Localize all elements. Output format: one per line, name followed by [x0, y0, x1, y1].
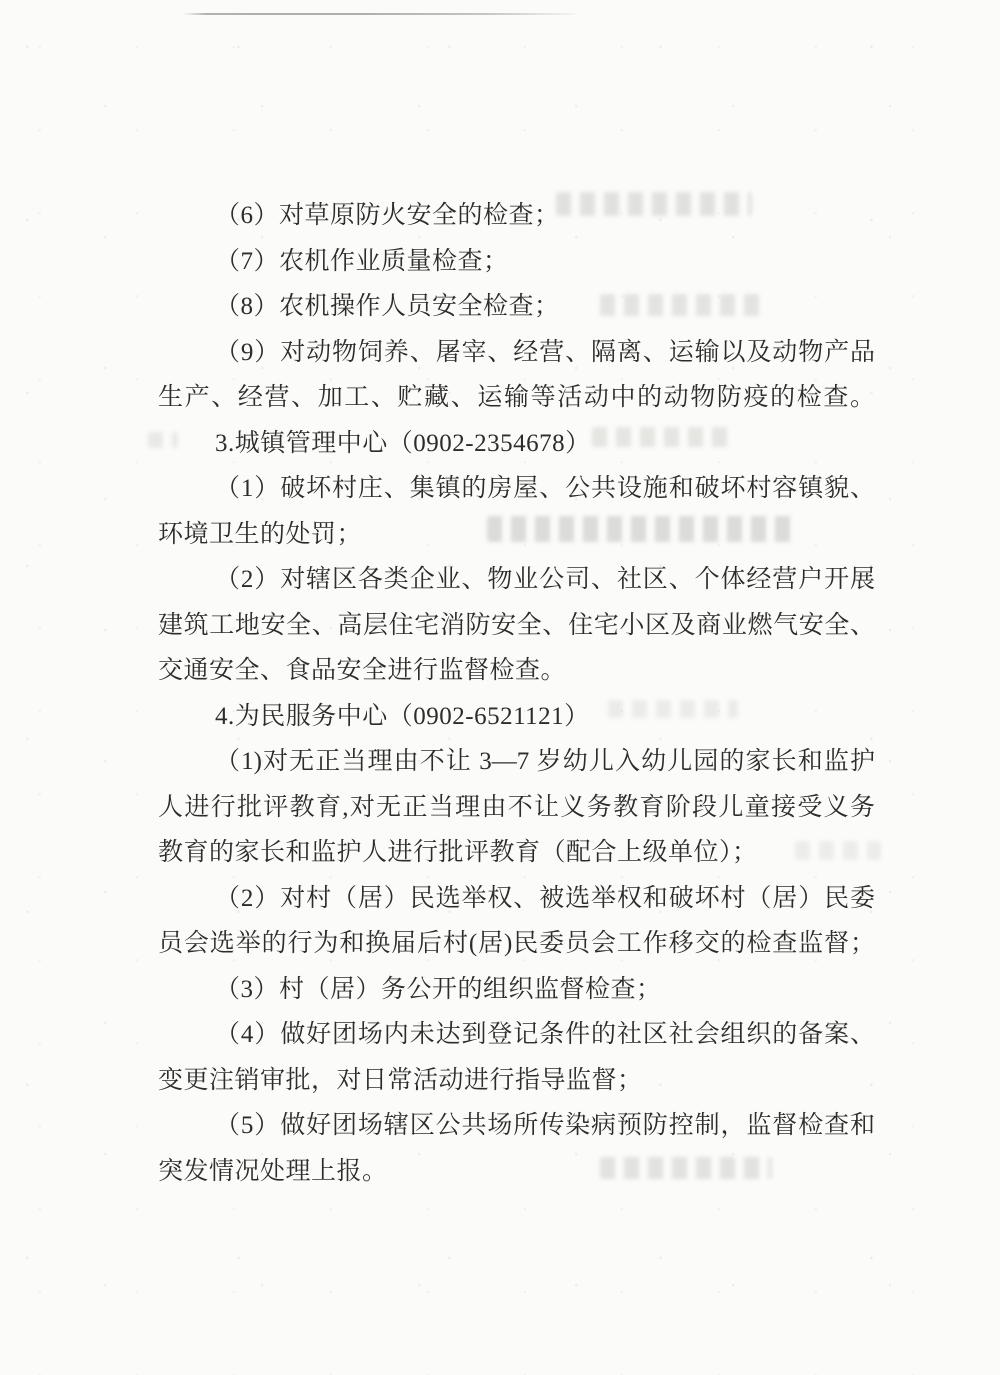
text-line: 人进行批评教育,对无正当理由不让义务教育阶段儿童接受义务 [158, 785, 875, 831]
text-line: （3）村（居）务公开的组织监督检查； [158, 967, 875, 1013]
text-line: （7）农机作业质量检查； [158, 239, 875, 285]
text-line: 建筑工地安全、高层住宅消防安全、住宅小区及商业燃气安全、 [158, 603, 875, 649]
text-line: （2）对村（居）民选举权、被选举权和破坏村（居）民委 [158, 876, 875, 922]
section-heading: 4.为民服务中心（0902-6521121） [158, 694, 875, 740]
document-body: （6）对草原防火安全的检查；（7）农机作业质量检查；（8）农机操作人员安全检查；… [158, 193, 875, 1194]
text-line: 变更注销审批，对日常活动进行指导监督； [158, 1058, 875, 1104]
text-line: 教育的家长和监护人进行批评教育（配合上级单位）； [158, 830, 875, 876]
text-line: 交通安全、食品安全进行监督检查。 [158, 648, 875, 694]
text-line: （2）对辖区各类企业、物业公司、社区、个体经营户开展 [158, 557, 875, 603]
text-line: （6）对草原防火安全的检查； [158, 193, 875, 239]
text-line: 员会选举的行为和换届后村(居)民委员会工作移交的检查监督； [158, 921, 875, 967]
text-line: （4）做好团场内未达到登记条件的社区社会组织的备案、 [158, 1012, 875, 1058]
text-line: （1)对无正当理由不让 3—7 岁幼儿入幼儿园的家长和监护 [158, 739, 875, 785]
scan-artifact-line [183, 13, 575, 15]
text-line: （1）破坏村庄、集镇的房屋、公共设施和破坏村容镇貌、 [158, 466, 875, 512]
text-line: （9）对动物饲养、屠宰、经营、隔离、运输以及动物产品 [158, 330, 875, 376]
text-line: （8）农机操作人员安全检查； [158, 284, 875, 330]
text-line: 环境卫生的处罚； [158, 512, 875, 558]
scanned-document-page: （6）对草原防火安全的检查；（7）农机作业质量检查；（8）农机操作人员安全检查；… [0, 0, 1000, 1375]
text-line: 生产、经营、加工、贮藏、运输等活动中的动物防疫的检查。 [158, 375, 875, 421]
text-line: （5）做好团场辖区公共场所传染病预防控制，监督检查和 [158, 1103, 875, 1149]
section-heading: 3.城镇管理中心（0902-2354678） [158, 421, 875, 467]
text-line: 突发情况处理上报。 [158, 1149, 875, 1195]
